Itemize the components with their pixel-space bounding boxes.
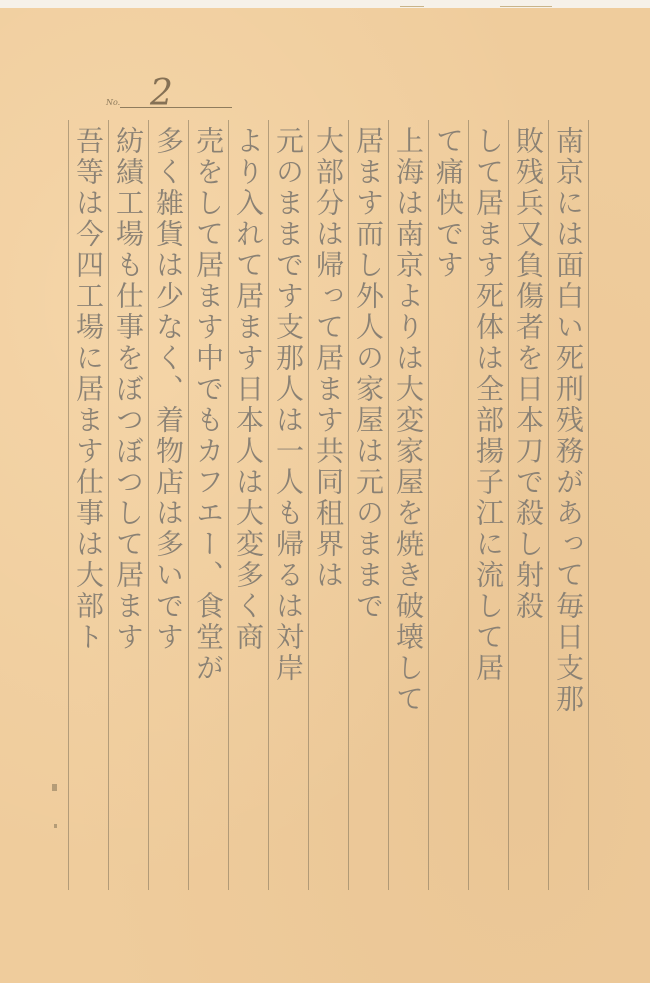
page-number-underline [120,107,232,108]
text-column-12: 紡績工場も仕事をぼつぼつして居ます [108,126,148,886]
text-column-6: 居ます而し外人の家屋は元のままで [348,126,388,886]
text-column-1: 南京には面白い死刑残務があって毎日支那 [548,126,588,886]
text-column-7: 大部分は帰って居ます共同租界は [308,126,348,886]
column-rule [588,120,589,890]
edge-mark [400,0,424,7]
text-column-11: 多く雑貨は少なく、着物店は多いです [148,126,188,886]
text-column-8: 元のままです支那人は一人も帰るは対岸 [268,126,308,886]
page-number-label: No. [106,98,120,107]
text-column-4: て痛快です [428,126,468,886]
text-column-3: して居ます死体は全部揚子江に流して居 [468,126,508,886]
edge-mark [500,0,552,7]
scan-top-edge [0,0,650,8]
text-column-5: 上海は南京よりは大変家屋を焼き破壊して [388,126,428,886]
text-column-9: より入れて居ます日本人は大変多く商 [228,126,268,886]
text-column-2: 敗残兵又負傷者を日本刀で殺し射殺 [508,126,548,886]
page-number-value: 2 [150,76,173,112]
text-column-10: 売をして居ます中でもカフエー、食堂が [188,126,228,886]
text-column-13: 吾等は今四工場に居ます仕事は大部ト [68,126,108,886]
page-number: No. 2 [106,88,236,112]
margin-mark [52,784,57,791]
ruled-columns: 南京には面白い死刑残務があって毎日支那 敗残兵又負傷者を日本刀で殺し射殺 して居… [68,120,588,890]
margin-mark [54,824,57,828]
